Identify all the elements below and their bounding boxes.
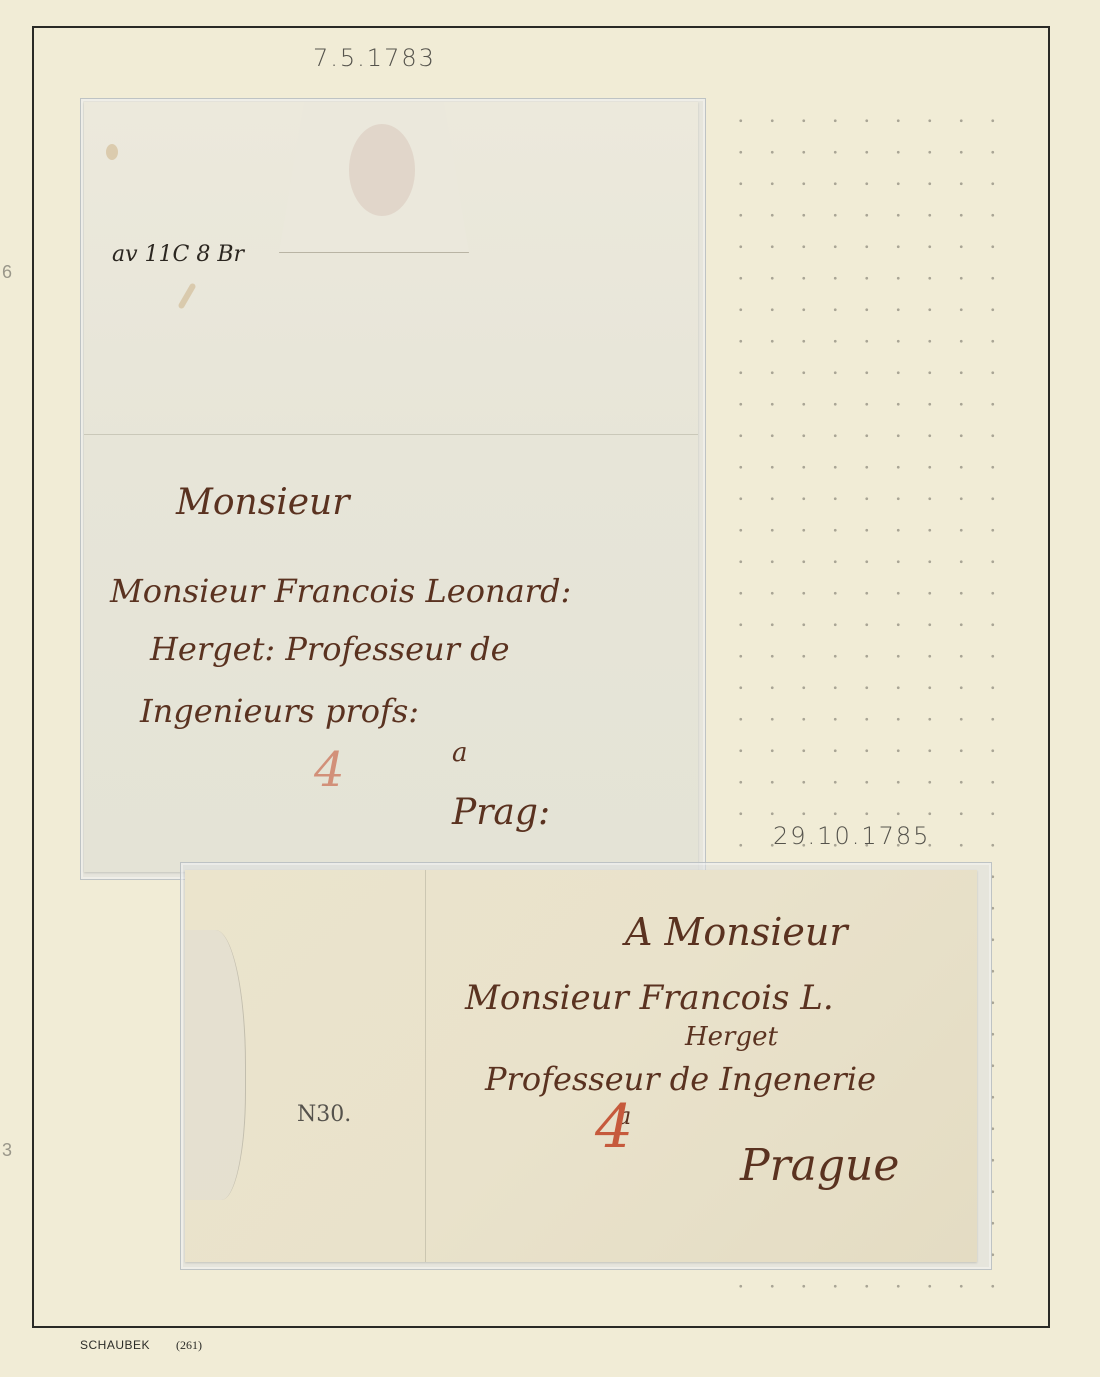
address-line-city: Prague [740,1140,899,1191]
address-line-city: Prag: [452,792,550,833]
margin-mark: 6 [2,262,12,283]
address-line: a [452,738,468,768]
wax-seal-trace [349,124,415,216]
fold-line [425,870,426,1262]
postal-marking: N30. [297,1102,351,1127]
rate-marking: 4 [595,1092,633,1162]
postal-marking: av 11C 8 Br [112,242,244,267]
page-number: (261) [176,1338,202,1353]
address-line: Monsieur Francois Leonard: [110,572,571,610]
address-line: Monsieur [176,482,349,523]
margin-mark: 3 [2,1140,12,1161]
address-line: Monsieur Francois L. [465,978,834,1018]
address-line: Herget: Professeur de [150,630,510,668]
address-line: Ingenieurs profs: [140,692,419,730]
letter-1785[interactable]: N30. A Monsieur Monsieur Francois L. Her… [185,870,977,1262]
date-label-1783: 7.5.1783 [313,44,436,72]
address-line: A Monsieur [625,910,848,954]
address-line: Herget [685,1022,778,1052]
publisher-label: SCHAUBEK [80,1338,150,1352]
letter-1783[interactable]: av 11C 8 Br Monsieur Monsieur Francois L… [84,102,698,872]
rate-marking: 4 [314,742,345,798]
address-line: Professeur de Ingenerie [485,1060,876,1098]
fold-line [84,434,698,435]
torn-edge [185,930,246,1200]
date-label-1785: 29.10.1785 [773,822,930,850]
